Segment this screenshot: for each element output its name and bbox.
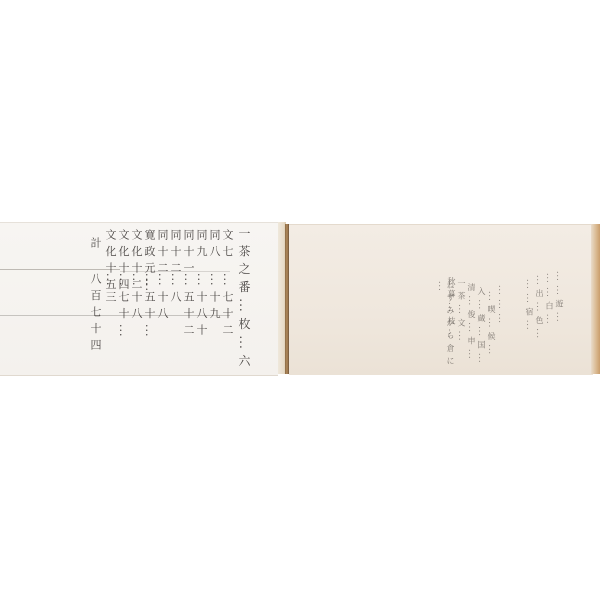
- inscription-column: 秋 暮 ... 枝 ...: [447, 277, 456, 339]
- inscription-column: 清 ... 俊 ... 申 ...: [467, 283, 476, 360]
- text-column: 同 十 一: [183, 229, 194, 274]
- inscription-column: 一 茶 ... 文 ...: [457, 279, 466, 341]
- text-column: 同 九: [196, 229, 207, 258]
- fold-line: [0, 269, 120, 270]
- text-column: 八 百 七 十 四: [90, 273, 101, 351]
- inscription-column: ... 出 ... 色 ...: [535, 275, 544, 339]
- heading-column: 一 茶 之 番 ... 枚 ... 六: [238, 227, 250, 368]
- left-page: 一 茶 之 番 ... 枚 ... 六 文 七 同 八 同 九 同 十 一 同 …: [0, 222, 278, 376]
- inscription-column: ... ... ...: [497, 285, 506, 324]
- text-column: ... 十 八: [157, 273, 168, 319]
- right-page: ね ず み か ら 倉 に ... 秋 暮 ... 枝 ... 一 茶 ... …: [289, 224, 593, 375]
- inscription-column: ... ... 遊 ...: [555, 271, 564, 323]
- text-column: 同 十 二: [157, 229, 168, 274]
- text-column: ... 五 十 ...: [144, 273, 155, 337]
- text-column: ... 三: [105, 273, 116, 303]
- text-column: ... 十 八: [131, 273, 142, 319]
- text-column: ... 八: [170, 273, 181, 303]
- text-column: 同 十 二: [170, 229, 181, 274]
- right-page-edge: [591, 224, 600, 374]
- text-column: ... 十 八 十: [196, 273, 207, 336]
- inscription-column: ... ... 宿 ...: [525, 279, 534, 331]
- text-column: ... 十 九: [209, 273, 220, 319]
- inscription-column: ... 喫 ... 候 ...: [487, 291, 496, 355]
- open-manuscript: 一 茶 之 番 ... 枚 ... 六 文 七 同 八 同 九 同 十 一 同 …: [0, 222, 600, 382]
- text-column: ... 七 十 二: [222, 273, 233, 336]
- inscription-column: 入 ... 蔵 ... 国 ...: [477, 287, 486, 364]
- inscription-column: ... ... 白 ...: [545, 273, 554, 325]
- text-column: ... 五 十 二: [183, 273, 194, 336]
- text-column: 文 七: [222, 229, 233, 258]
- text-column: 計: [90, 237, 101, 249]
- text-column: ... 七 十 ...: [118, 273, 129, 337]
- text-column: 同 八: [209, 229, 220, 258]
